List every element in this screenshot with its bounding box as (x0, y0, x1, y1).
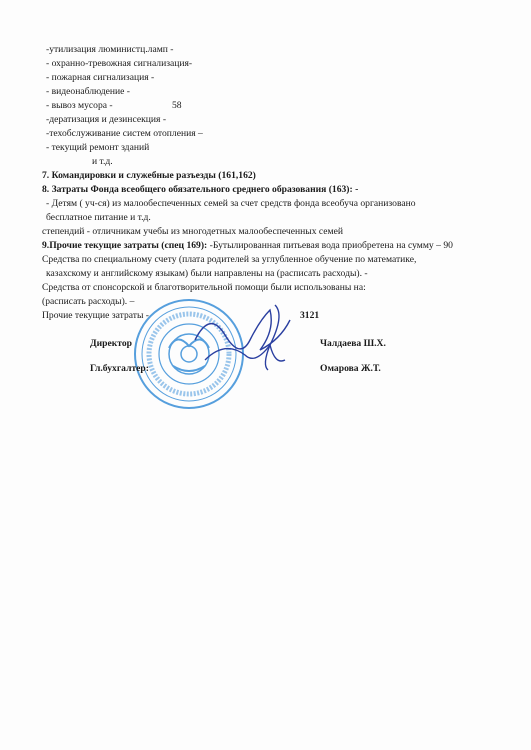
text-line: - видеонаблюдение - (46, 86, 130, 98)
text-line: -техобслуживание систем отопления – (46, 128, 203, 140)
director-name: Чалдаева Ш.Х. (320, 338, 386, 350)
text-line: - Детям ( уч-ся) из малообеспеченных сем… (46, 198, 416, 210)
value-label: 58 (172, 100, 182, 112)
text-line: (расписать расходы). – (42, 296, 134, 308)
text-line: казахскому и английскому языкам) были на… (46, 268, 368, 280)
text-line: степендий - отличникам учебы из многодет… (42, 226, 343, 238)
signature-icon (185, 300, 295, 380)
section-heading: 7. Командировки и служебные разъезды (16… (42, 170, 256, 182)
accountant-label: Гл.бухгалтер: (90, 363, 149, 375)
text-line: Средства от спонсорской и благотворитель… (42, 282, 366, 294)
text-line: 9.Прочие текущие затраты (спец 169): -Бу… (42, 240, 453, 252)
text-line: Средства по специальному счету (плата ро… (42, 254, 416, 266)
text-line: - пожарная сигнализация - (46, 72, 154, 84)
section-heading: 8. Затраты Фонда всеобщего обязательного… (42, 184, 358, 196)
text-line: - текущий ремонт зданий (46, 142, 149, 154)
director-label: Директор (90, 338, 132, 350)
section-heading: 9.Прочие текущие затраты (спец 169): (42, 240, 207, 251)
text-line: бесплатное питание и т.д. (46, 212, 151, 224)
text-line: - охранно-тревожная сигнализация- (46, 58, 192, 70)
text-line: -утилизация люминистц.ламп - (46, 44, 174, 56)
accountant-name: Омарова Ж.Т. (320, 363, 381, 375)
text-line: и т.д. (92, 156, 113, 168)
value-label: 3121 (300, 310, 319, 322)
text-line: -дератизация и дезинсекция - (46, 114, 166, 126)
text-line: - вывоз мусора - (46, 100, 113, 112)
text-line: -Бутылированная питьевая вода приобретен… (207, 240, 453, 251)
